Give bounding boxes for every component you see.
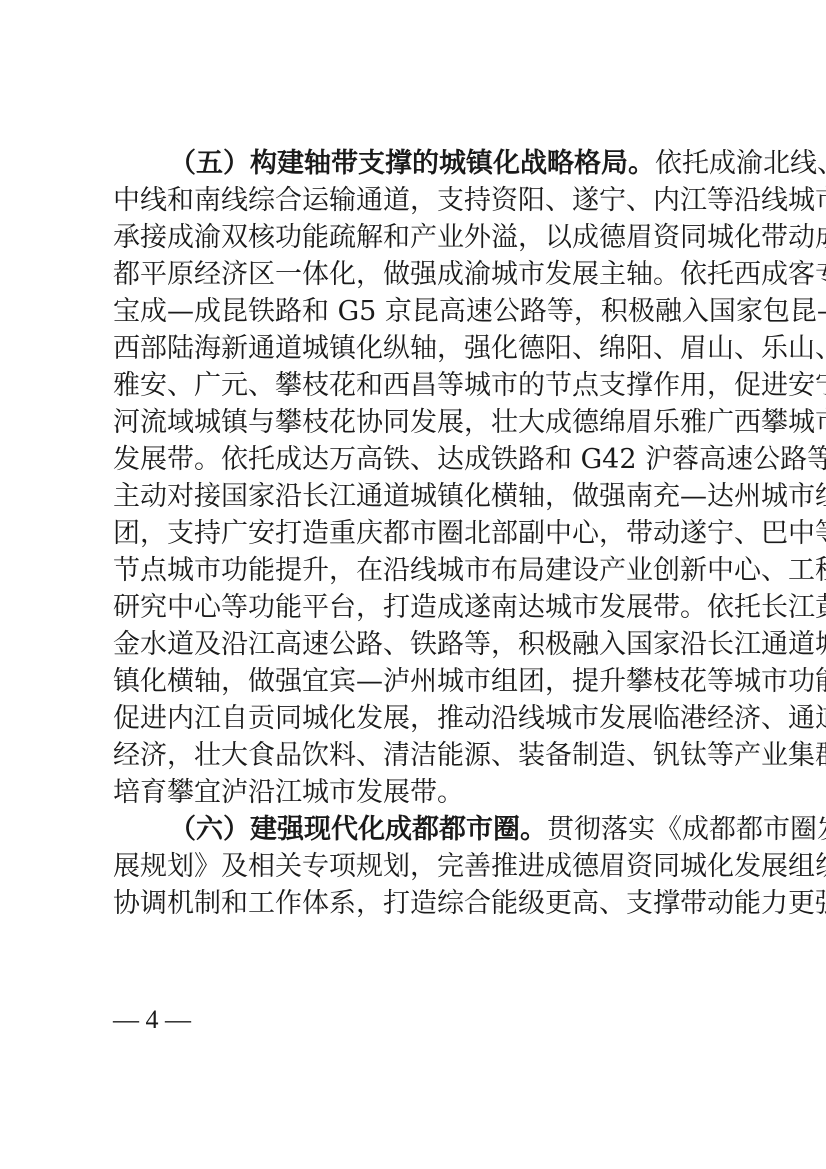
paragraph-5-heading-line: （五）构建轴带支撑的城镇化战略格局。依托成渝北线、 — [113, 145, 709, 182]
body-text: （五）构建轴带支撑的城镇化战略格局。依托成渝北线、 中线和南线综合运输通道，支持… — [113, 145, 713, 922]
text-line: 研究中心等功能平台，打造成遂南达城市发展带。依托长江黄 — [113, 589, 709, 626]
text-line: 发展带。依托成达万高铁、达成铁路和 G42 沪蓉高速公路等， — [113, 441, 709, 478]
section-heading-6: （六）建强现代化成都都市圈。 — [169, 814, 547, 845]
text-line: 培育攀宜泸沿江城市发展带。 — [113, 774, 709, 811]
page-number: — 4 — — [113, 1006, 191, 1034]
text-line: 金水道及沿江高速公路、铁路等，积极融入国家沿长江通道城 — [113, 626, 709, 663]
text-line: 依托成渝北线、 — [655, 148, 826, 179]
text-line: 经济，壮大食品饮料、清洁能源、装备制造、钒钛等产业集群， — [113, 737, 709, 774]
text-line: 镇化横轴，做强宜宾—泸州城市组团，提升攀枝花等城市功能， — [113, 663, 709, 700]
section-heading-5: （五）构建轴带支撑的城镇化战略格局。 — [169, 148, 655, 179]
text-line: 贯彻落实《成都都市圈发 — [547, 814, 826, 845]
text-line: 主动对接国家沿长江通道城镇化横轴，做强南充—达州城市组 — [113, 478, 709, 515]
text-line: 展规划》及相关专项规划，完善推进成德眉资同城化发展组织 — [113, 848, 709, 885]
text-line: 西部陆海新通道城镇化纵轴，强化德阳、绵阳、眉山、乐山、 — [113, 330, 709, 367]
text-line: 都平原经济区一体化，做强成渝城市发展主轴。依托西成客专、 — [113, 256, 709, 293]
text-line: 节点城市功能提升，在沿线城市布局建设产业创新中心、工程 — [113, 552, 709, 589]
text-line: 团，支持广安打造重庆都市圈北部副中心，带动遂宁、巴中等 — [113, 515, 709, 552]
text-line: 中线和南线综合运输通道，支持资阳、遂宁、内江等沿线城市 — [113, 182, 709, 219]
text-line: 宝成—成昆铁路和 G5 京昆高速公路等，积极融入国家包昆— — [113, 293, 709, 330]
text-line: 雅安、广元、攀枝花和西昌等城市的节点支撑作用，促进安宁 — [113, 367, 709, 404]
text-line: 承接成渝双核功能疏解和产业外溢，以成德眉资同城化带动成 — [113, 219, 709, 256]
text-line: 协调机制和工作体系，打造综合能级更高、支撑带动能力更强 — [113, 885, 709, 922]
text-line: 河流域城镇与攀枝花协同发展，壮大成德绵眉乐雅广西攀城市 — [113, 404, 709, 441]
paragraph-6-heading-line: （六）建强现代化成都都市圈。贯彻落实《成都都市圈发 — [113, 811, 709, 848]
text-line: 促进内江自贡同城化发展，推动沿线城市发展临港经济、通道 — [113, 700, 709, 737]
document-page: （五）构建轴带支撑的城镇化战略格局。依托成渝北线、 中线和南线综合运输通道，支持… — [0, 0, 826, 1169]
